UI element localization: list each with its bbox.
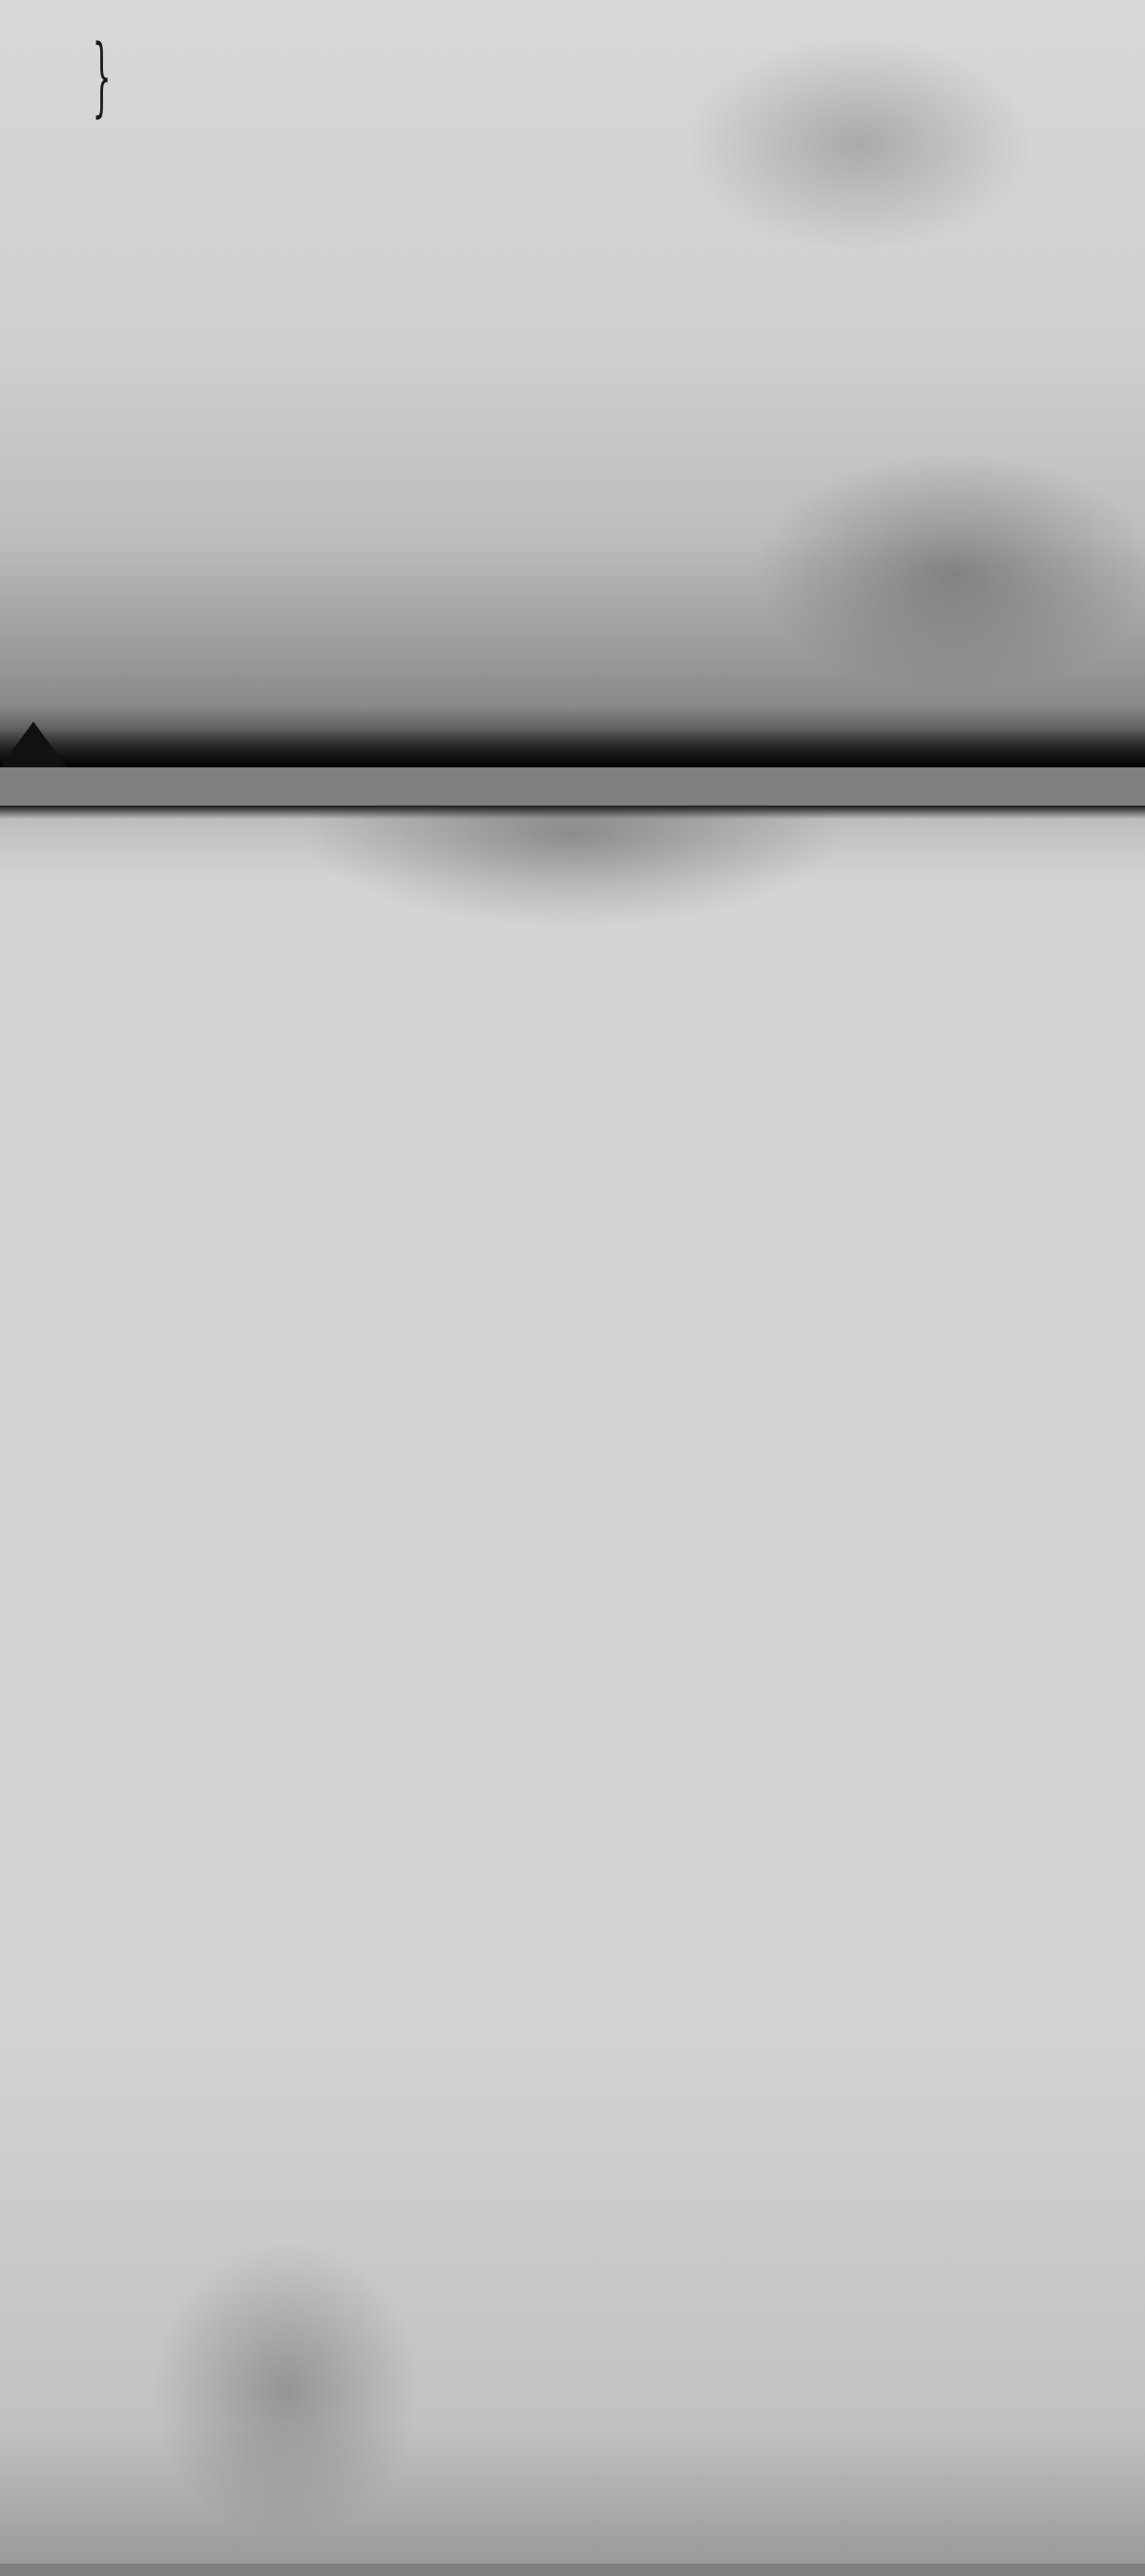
manuscript-page-1: } <box>0 0 1145 767</box>
margin-brace: } <box>93 34 112 120</box>
scan-edge-shadow <box>0 729 1145 767</box>
manuscript-page-2 <box>0 806 1145 2564</box>
page-divider <box>0 767 1145 806</box>
